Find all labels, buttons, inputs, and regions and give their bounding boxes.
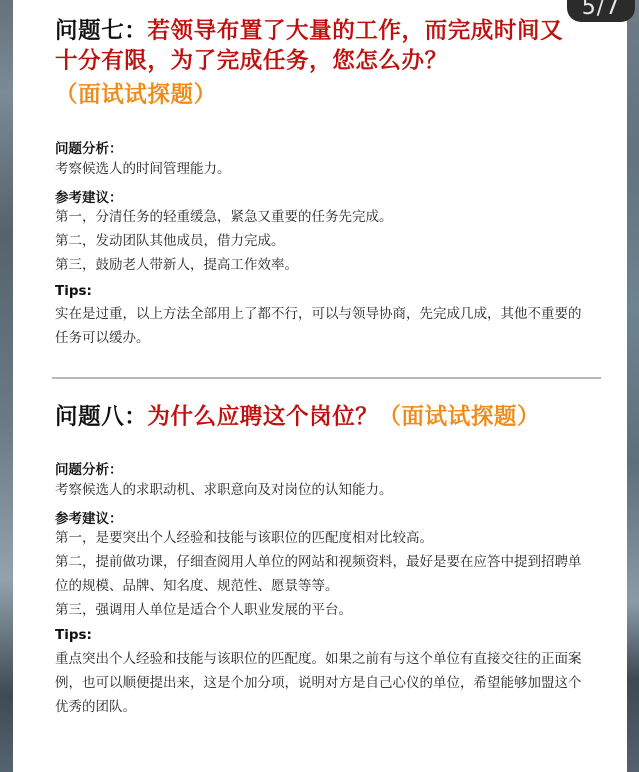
question-8-advice-3: 第三，强调用人单位是适合个人职业发展的平台。 [55,598,590,622]
question-7-number: 问题七： [55,18,147,44]
question-8-analysis-text: 考察候选人的求职动机、求职意向及对岗位的认知能力。 [55,478,590,502]
question-8-text: 为什么应聘这个岗位？ [147,404,378,430]
blurred-background-right [627,0,639,772]
question-7-advice-2: 第二，发动团队其他成员，借力完成。 [55,229,590,253]
question-7-advice-1: 第一，分清任务的轻重缓急，紧急又重要的任务先完成。 [55,205,590,229]
question-7-tips-text: 实在是过重，以上方法全部用上了都不行，可以与领导协商，先完成几成，其他不重要的任… [55,302,590,350]
question-8-tag: （面试试探题） [378,404,540,430]
page-indicator-badge: 5/7 [567,0,635,22]
question-7-analysis-text: 考察候选人的时间管理能力。 [55,157,590,181]
question-7-advice-label: 参考建议： [55,186,123,206]
question-8-advice-2: 第二，提前做功课，仔细查阅用人单位的网站和视频资料，最好是要在应答中提到招聘单位… [55,550,590,598]
blurred-background-left [0,0,13,772]
question-8-advice-label: 参考建议： [55,507,123,527]
question-7-tips-label: Tips: [55,283,92,299]
question-7-text-line2: 十分有限，为了完成任务，您怎么办？ [55,48,448,74]
question-7-tag: （面试试探题） [55,77,217,109]
question-7-advice-3: 第三，鼓励老人带新人，提高工作效率。 [55,253,590,277]
question-8-tips-text: 重点突出个人经验和技能与该职位的匹配度。如果之前有与这个单位有直接交往的正面案例… [55,647,590,719]
question-8-advice-1: 第一，是要突出个人经验和技能与该职位的匹配度相对比较高。 [55,526,590,550]
question-8-analysis-label: 问题分析： [55,458,123,478]
image-page: 问题七：若领导布置了大量的工作，而完成时间又 十分有限，为了完成任务，您怎么办？… [13,0,627,772]
question-7-text-line1: 若领导布置了大量的工作，而完成时间又 [147,18,563,44]
question-8-title: 问题八：为什么应聘这个岗位？（面试试探题） [55,402,615,432]
question-8-tips-label: Tips: [55,627,92,643]
question-8-number: 问题八： [55,404,147,430]
question-7-analysis-label: 问题分析： [55,137,123,157]
section-divider [52,377,601,379]
question-7-title: 问题七：若领导布置了大量的工作，而完成时间又 十分有限，为了完成任务，您怎么办？ [55,16,615,76]
